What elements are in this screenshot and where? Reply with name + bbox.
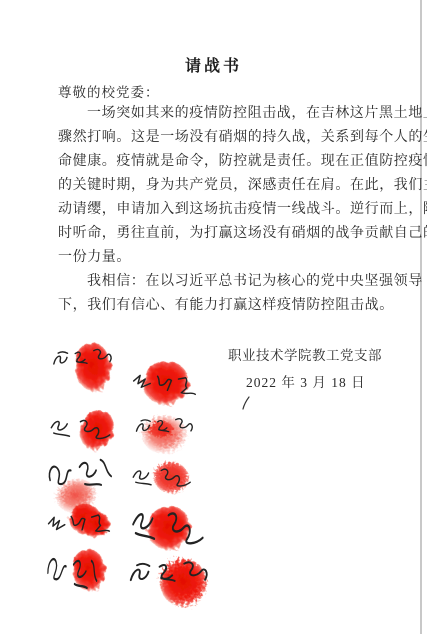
signature-right-5 — [125, 552, 216, 591]
body-line-4: 的关键时期，身为共产党员，深感责任在肩。在此，我们主 — [58, 174, 394, 198]
body-line-3: 命健康。疫情就是命令，防控就是责任。现在正值防控疫情 — [58, 150, 394, 174]
signature-right-1 — [130, 368, 201, 399]
signature-left-5 — [42, 545, 104, 595]
body-line-2: 骤然打响。这是一场没有硝烟的持久战，关系到每个人的生 — [58, 126, 394, 150]
body-line-6: 时听命，勇往直前，为打赢这场没有硝烟的战争贡献自己的 — [58, 222, 394, 246]
salutation: 尊敬的校党委： — [58, 81, 160, 101]
scanned-letter-page: 请战书 尊敬的校党委： 一场突如其来的疫情防控阻击战，在吉林这片黑土地上 骤然打… — [0, 0, 427, 634]
body-line-5: 动请缨，申请加入到这场抗击疫情一线战斗。逆行而上，随 — [58, 198, 394, 222]
signature-right-3 — [129, 462, 197, 489]
body-line-7: 一份力量。 — [58, 246, 394, 270]
signing-date: 2022 年 3 月 18 日 — [246, 371, 366, 391]
signing-organization: 职业技术学院教工党支部 — [228, 344, 382, 364]
body-line-1: 一场突如其来的疫情防控阻击战，在吉林这片黑土地上 — [58, 102, 394, 126]
letter-body: 一场突如其来的疫情防控阻击战，在吉林这片黑土地上 骤然打响。这是一场没有硝烟的持… — [58, 102, 394, 318]
body-line-8: 我相信：在以习近平总书记为核心的党中央坚强领导 — [58, 270, 394, 294]
signature-left-1 — [49, 342, 119, 373]
stray-pen-mark — [240, 395, 252, 411]
signature-left-3 — [42, 448, 118, 495]
signature-right-2 — [133, 412, 200, 439]
signature-right-4 — [126, 498, 213, 550]
signature-left-2 — [47, 412, 118, 442]
signature-left-4 — [45, 507, 114, 539]
document-title: 请战书 — [0, 53, 427, 76]
scan-edge-line — [420, 0, 422, 634]
body-line-9: 下，我们有信心、有能力打赢这样疫情防控阻击战。 — [58, 294, 394, 318]
